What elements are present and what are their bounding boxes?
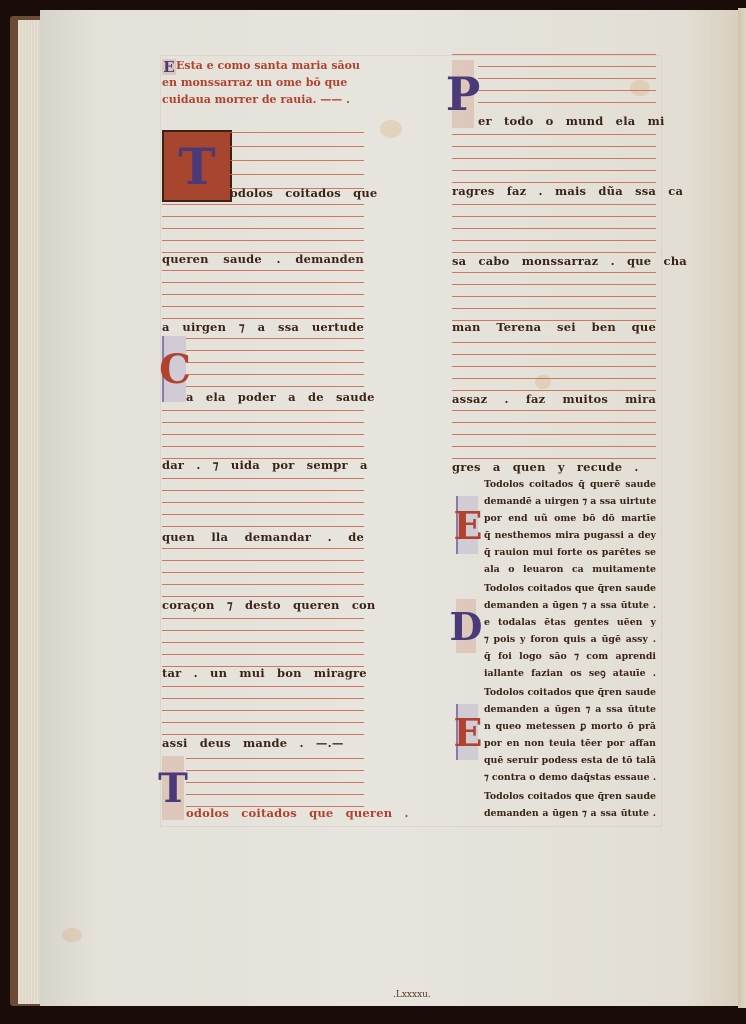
decorated-initial: D: [456, 599, 476, 653]
prose-line: demandē a uirgen ⁊ a ssa uirtute: [484, 493, 656, 510]
lyric-line: assaz . faz muitos mira: [452, 392, 656, 406]
lyric-line: coraçon ⁊ desto queren con: [162, 598, 364, 612]
music-staff: [230, 132, 364, 192]
prose-line: demanden a ūgen ⁊ a ssa ūtute .: [484, 805, 656, 822]
illuminated-initial: T: [162, 130, 232, 202]
lyric-line: er todo o mund ela mi: [478, 114, 656, 128]
prose-line: q̄ foi logo sāo ⁊ com aprendi: [484, 648, 656, 665]
left-column: E Esta e como santa maria sāou en monssa…: [162, 58, 364, 828]
page-right-edge: [738, 8, 746, 1008]
rubric-line: en monssarraz un ome bō que: [162, 75, 347, 91]
music-staff: [186, 338, 364, 398]
lyric-line: queren saude . demanden: [162, 252, 364, 266]
right-column: P er todo o mund ela mi ragres faz . mai…: [452, 54, 656, 834]
prose-line: Todolos coitados q̄ querē saude: [484, 476, 656, 493]
music-staff: [162, 478, 364, 538]
prose-line: q̄ nesthemos mira pugassi a dey: [484, 527, 656, 544]
prose-line: por en non teuia tēer por affan: [484, 735, 656, 752]
prose-line: ⁊ pois y foron quis a ūgē assy .: [484, 631, 656, 648]
prose-line: demanden a ūgen ⁊ a ssa ūtute .: [484, 597, 656, 614]
prose-line: Todolos coitados que q̄ren saude: [484, 788, 656, 805]
lyric-line: gres a quen y recude .: [452, 460, 622, 474]
rubric-line: cuidaua morrer de rauia. —— .: [162, 92, 350, 108]
prose-line: Todolos coitados que q̄ren saude: [484, 684, 656, 701]
prose-line: e todalas ētas gentes uēen y: [484, 614, 656, 631]
prose-line: quē seruir podess esta de tō talā: [484, 752, 656, 769]
refrain-line: odolos coitados que queren .: [186, 806, 364, 820]
prose-line: q̄ rauion mui forte os parētes se: [484, 544, 656, 561]
lyric-line: man Terena sei ben que: [452, 320, 656, 334]
prose-line: n queo metessen ꝑ morto ō prā: [484, 718, 656, 735]
prose-line: demanden a ūgen ⁊ a ssa ūtute: [484, 701, 656, 718]
rubric-line: Esta e como santa maria sāou: [176, 58, 360, 74]
prose-line: ala o leuaron ca muitamente: [484, 561, 656, 578]
prose-line: iallante fazian os seꝯ atauīe .: [484, 665, 656, 682]
rubric-initial: E: [162, 59, 176, 75]
stain: [62, 928, 82, 942]
folio-number: .Lxxxxu.: [393, 990, 431, 1000]
lyric-line: odolos coitados que: [230, 186, 364, 200]
decorated-initial: T: [162, 756, 184, 820]
lyric-line: a ela poder a de saude: [186, 390, 364, 404]
prose-line: por end uũ ome bō dō martīe: [484, 510, 656, 527]
decorated-initial: E: [456, 704, 478, 760]
decorated-initial: C: [162, 336, 186, 402]
lyric-line: ragres faz . mais dũa ssa ca: [452, 184, 656, 198]
lyric-line: dar . ⁊ uida por sempr a: [162, 458, 364, 472]
decorated-initial: E: [456, 496, 478, 554]
lyric-line: tar . un mui bon miragre: [162, 666, 364, 680]
lyric-line: assi deus mande . —.—: [162, 736, 332, 750]
prose-line: ⁊ contra o demo daq̄stas essaue .: [484, 769, 656, 786]
lyric-line: sa cabo monssarraz . que cha: [452, 254, 656, 268]
lyric-line: a uirgen ⁊ a ssa uertude: [162, 320, 364, 334]
lyric-line: quen lla demandar . de: [162, 530, 364, 544]
prose-line: Todolos coitados que q̄ren saude: [484, 580, 656, 597]
